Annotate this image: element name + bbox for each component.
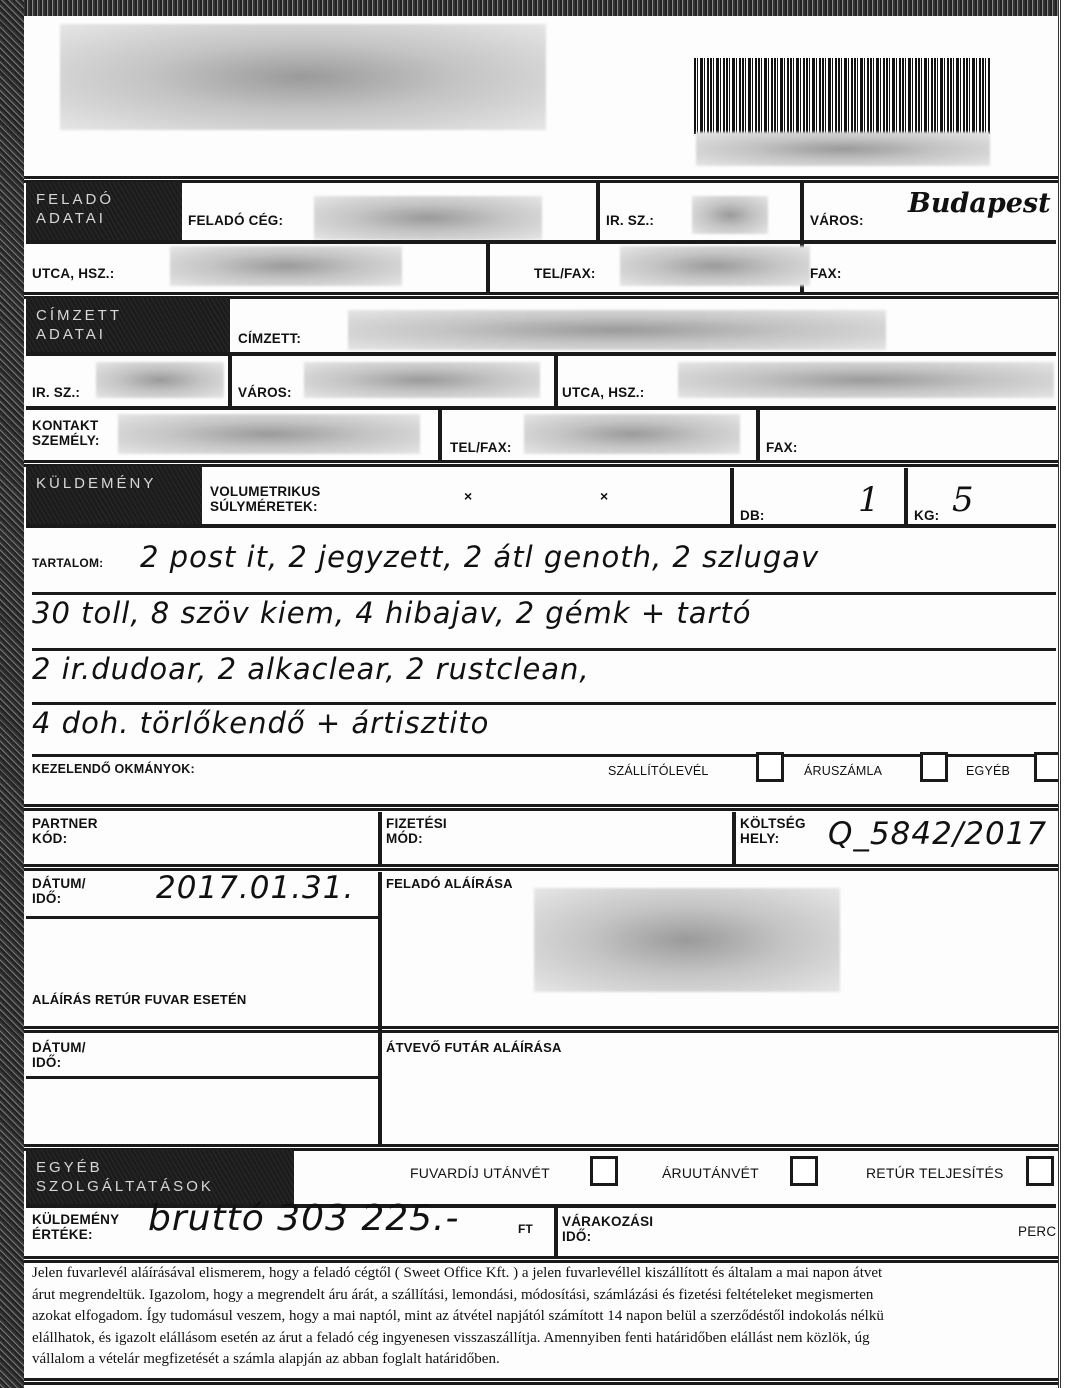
documents-label: KEZELENDŐ OKMÁNYOK: xyxy=(32,762,195,777)
divider xyxy=(732,812,736,864)
sender-company-field[interactable] xyxy=(314,196,542,240)
doc-option-label: SZÁLLÍTÓLEVÉL xyxy=(608,764,709,779)
contents-label: TARTALOM: xyxy=(32,556,103,571)
divider xyxy=(438,408,442,460)
company-logo-redacted xyxy=(60,24,546,130)
services-section-label: EGYÉB SZOLGÁLTATÁSOK xyxy=(26,1150,294,1204)
courier-date-label: DÁTUM/ IDŐ: xyxy=(32,1040,86,1070)
divider xyxy=(756,408,760,460)
shipment-section-label: KÜLDEMÉNY xyxy=(26,466,202,524)
waybill-sheet: FELADÓ ADATAI FELADÓ CÉG: IR. SZ.: VÁROS… xyxy=(24,16,1058,1388)
recipient-name-field[interactable] xyxy=(348,310,886,350)
recipient-contact-label: KONTAKT SZEMÉLY: xyxy=(32,418,100,448)
divider xyxy=(730,468,734,524)
sender-section-label: FELADÓ ADATAI xyxy=(26,182,182,240)
doc-option-label: EGYÉB xyxy=(966,764,1010,779)
shipment-value-label: KÜLDEMÉNY ÉRTÉKE: xyxy=(32,1212,119,1242)
divider xyxy=(486,242,490,292)
divider xyxy=(24,1378,1058,1385)
waiting-time-unit: PERC xyxy=(1018,1224,1056,1239)
count-label: DB: xyxy=(740,508,765,523)
service-option-label: ÁRUUTÁNVÉT xyxy=(662,1166,759,1181)
contents-line[interactable]: 4 doh. törlőkendő + ártisztito xyxy=(32,706,489,740)
recipient-city-label: VÁROS: xyxy=(238,385,292,400)
divider xyxy=(378,872,382,1030)
service-checkbox-retur-teljesites[interactable] xyxy=(1026,1156,1054,1186)
dimension-separator: × xyxy=(464,488,472,504)
sender-tel-label: TEL/FAX: xyxy=(534,266,596,281)
divider xyxy=(228,354,232,406)
divider xyxy=(26,240,1056,244)
sender-signature-label: FELADÓ ALÁÍRÁSA xyxy=(386,876,513,891)
recipient-zip-field[interactable] xyxy=(96,362,224,398)
divider xyxy=(378,812,382,864)
recipient-contact-field[interactable] xyxy=(118,414,420,454)
scan-edge-left xyxy=(0,0,24,1388)
contents-line[interactable]: 2 post it, 2 jegyzett, 2 átl genoth, 2 s… xyxy=(140,540,819,574)
recipient-tel-field[interactable] xyxy=(524,414,740,454)
divider xyxy=(24,1256,1058,1263)
recipient-city-field[interactable] xyxy=(304,362,540,398)
contents-rule xyxy=(32,702,1056,705)
service-option-label: RETÚR TELJESÍTÉS xyxy=(866,1166,1004,1181)
shipment-value-unit: FT xyxy=(518,1222,533,1236)
divider xyxy=(904,468,908,524)
cost-center-value[interactable]: Q_5842/2017 xyxy=(828,816,1047,852)
contents-line[interactable]: 30 toll, 8 szöv kiem, 4 hibajav, 2 gémk … xyxy=(32,596,752,630)
service-option-label: FUVARDÍJ UTÁNVÉT xyxy=(410,1166,550,1181)
divider xyxy=(26,916,378,919)
waiting-time-label: VÁRAKOZÁSI IDŐ: xyxy=(562,1214,653,1244)
count-value[interactable]: 1 xyxy=(858,480,880,520)
divider xyxy=(26,1076,378,1079)
barcode-number-redacted xyxy=(696,132,990,166)
sender-street-label: UTCA, HSZ.: xyxy=(32,266,114,281)
service-checkbox-fuvardij-utanvet[interactable] xyxy=(590,1156,618,1186)
weight-value[interactable]: 5 xyxy=(952,480,974,520)
recipient-zip-label: IR. SZ.: xyxy=(32,385,80,400)
cost-center-label: KÖLTSÉG HELY: xyxy=(740,816,806,846)
divider xyxy=(554,1206,558,1256)
contents-rule xyxy=(32,592,1056,595)
divider xyxy=(24,1026,1058,1033)
sender-date-label: DÁTUM/ IDŐ: xyxy=(32,876,86,906)
divider xyxy=(596,182,600,240)
doc-option-checkbox-szallitolevel[interactable] xyxy=(756,752,784,782)
sender-zip-field[interactable] xyxy=(692,196,768,234)
recipient-section-label: CÍMZETT ADATAI xyxy=(26,298,230,354)
sender-city-label: VÁROS: xyxy=(810,213,864,228)
shipment-value[interactable]: bruttó 303 225.- xyxy=(148,1198,459,1239)
divider xyxy=(26,352,1056,356)
scan-edge-right xyxy=(1058,0,1092,1388)
sender-signature-redacted[interactable] xyxy=(534,888,840,992)
sender-fax-label: FAX: xyxy=(810,266,842,281)
divider xyxy=(26,406,1056,410)
recipient-street-field[interactable] xyxy=(678,362,1054,398)
partner-code-label: PARTNER KÓD: xyxy=(32,816,98,846)
scan-edge-top xyxy=(0,0,1092,16)
barcode xyxy=(694,58,990,134)
divider xyxy=(378,1032,382,1146)
divider xyxy=(554,354,558,406)
sender-company-label: FELADÓ CÉG: xyxy=(188,213,283,228)
doc-option-checkbox-aruszamla[interactable] xyxy=(920,752,948,782)
dimension-separator: × xyxy=(600,488,608,504)
contents-line[interactable]: 2 ir.dudoar, 2 alkaclear, 2 rustclean, xyxy=(32,652,590,686)
contents-rule xyxy=(32,754,1056,757)
recipient-name-label: CÍMZETT: xyxy=(238,331,301,346)
volumetric-label: VOLUMETRIKUS SÚLYMÉRETEK: xyxy=(210,484,320,514)
sender-city-value[interactable]: Budapest xyxy=(908,188,1051,219)
doc-option-label: ÁRUSZÁMLA xyxy=(804,764,882,779)
recipient-tel-label: TEL/FAX: xyxy=(450,440,512,455)
sender-street-field[interactable] xyxy=(170,246,402,286)
legal-disclaimer: Jelen fuvarlevél aláírásával elismerem, … xyxy=(32,1263,1058,1371)
sender-zip-label: IR. SZ.: xyxy=(606,213,654,228)
doc-option-checkbox-egyeb[interactable] xyxy=(1034,752,1058,782)
return-signature-label: ALÁÍRÁS RETÚR FUVAR ESETÉN xyxy=(32,992,246,1007)
recipient-street-label: UTCA, HSZ.: xyxy=(562,385,644,400)
sender-tel-field[interactable] xyxy=(620,246,810,286)
payment-method-label: FIZETÉSI MÓD: xyxy=(386,816,447,846)
courier-signature-label: ÁTVEVŐ FUTÁR ALÁÍRÁSA xyxy=(386,1040,562,1055)
contents-rule xyxy=(32,648,1056,651)
service-checkbox-aruutanvet[interactable] xyxy=(790,1156,818,1186)
weight-label: KG: xyxy=(914,508,939,523)
recipient-fax-label: FAX: xyxy=(766,440,798,455)
divider xyxy=(24,804,1058,811)
divider xyxy=(26,524,1056,528)
sender-date-value[interactable]: 2017.01.31. xyxy=(156,870,354,906)
